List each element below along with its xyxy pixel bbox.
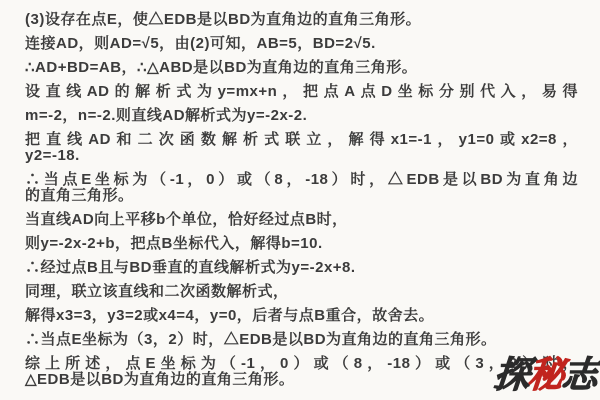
- watermark-char: 探: [492, 354, 530, 395]
- paragraph: 当直线AD向上平移b个单位，恰好经过点B时，: [25, 212, 578, 228]
- paragraph: ∴AD+BD=AB，∴△ABD是以BD为直角边的直角三角形。: [25, 60, 578, 76]
- text-line: ∴当点E坐标为（3，2）时，△EDB是以BD为直角边的直角三角形。: [25, 332, 578, 348]
- solution-text: (3)设存在点E，使△EDB是以BD为直角边的直角三角形。 连接AD，则AD=√…: [25, 12, 578, 396]
- text-line: (3)设存在点E，使△EDB是以BD为直角边的直角三角形。: [25, 12, 578, 28]
- text-line: y2=-18.: [25, 148, 578, 164]
- document-page: (3)设存在点E，使△EDB是以BD为直角边的直角三角形。 连接AD，则AD=√…: [0, 0, 600, 400]
- paragraph: 设直线AD的解析式为y=mx+n，把点A点D坐标分别代入，易得: [25, 84, 578, 100]
- text-line: 同理，联立该直线和二次函数解析式，: [25, 284, 578, 300]
- watermark-char: 秘: [526, 354, 564, 395]
- text-line: 当直线AD向上平移b个单位，恰好经过点B时，: [25, 212, 578, 228]
- paragraph: 把直线AD和二次函数解析式联立，解得x1=-1，y1=0或x2=8， y2=-1…: [25, 132, 578, 164]
- paragraph: ∴当点E坐标为（3，2）时，△EDB是以BD为直角边的直角三角形。: [25, 332, 578, 348]
- text-line: ∴AD+BD=AB，∴△ABD是以BD为直角边的直角三角形。: [25, 60, 578, 76]
- paragraph: (3)设存在点E，使△EDB是以BD为直角边的直角三角形。: [25, 12, 578, 28]
- text-line: 连接AD，则AD=√5，由(2)可知，AB=5，BD=2√5.: [25, 36, 578, 52]
- paragraph: 解得x3=3，y3=2或x4=4，y=0，后者与点B重合，故舍去。: [25, 308, 578, 324]
- paragraph: m=-2，n=-2.则直线AD解析式为y=-2x-2.: [25, 108, 578, 124]
- watermark-logo: 探秘志: [492, 355, 598, 395]
- paragraph: 同理，联立该直线和二次函数解析式，: [25, 284, 578, 300]
- text-line: ∴当点E坐标为（-1，0）或（8，-18）时，△EDB是以BD为直角边: [25, 172, 578, 188]
- text-line: 设直线AD的解析式为y=mx+n，把点A点D坐标分别代入，易得: [25, 84, 578, 100]
- paragraph: 连接AD，则AD=√5，由(2)可知，AB=5，BD=2√5.: [25, 36, 578, 52]
- text-line: 的直角三角形。: [25, 188, 578, 204]
- text-line: ∴经过点B且与BD垂直的直线解析式为y=-2x+8.: [25, 260, 578, 276]
- paragraph: 则y=-2x-2+b，把点B坐标代入，解得b=10.: [25, 236, 578, 252]
- watermark-char: 志: [560, 354, 598, 395]
- paragraph: ∴经过点B且与BD垂直的直线解析式为y=-2x+8.: [25, 260, 578, 276]
- text-line: 把直线AD和二次函数解析式联立，解得x1=-1，y1=0或x2=8，: [25, 132, 578, 148]
- text-line: m=-2，n=-2.则直线AD解析式为y=-2x-2.: [25, 108, 578, 124]
- text-line: 解得x3=3，y3=2或x4=4，y=0，后者与点B重合，故舍去。: [25, 308, 578, 324]
- text-line: 则y=-2x-2+b，把点B坐标代入，解得b=10.: [25, 236, 578, 252]
- paragraph: ∴当点E坐标为（-1，0）或（8，-18）时，△EDB是以BD为直角边 的直角三…: [25, 172, 578, 204]
